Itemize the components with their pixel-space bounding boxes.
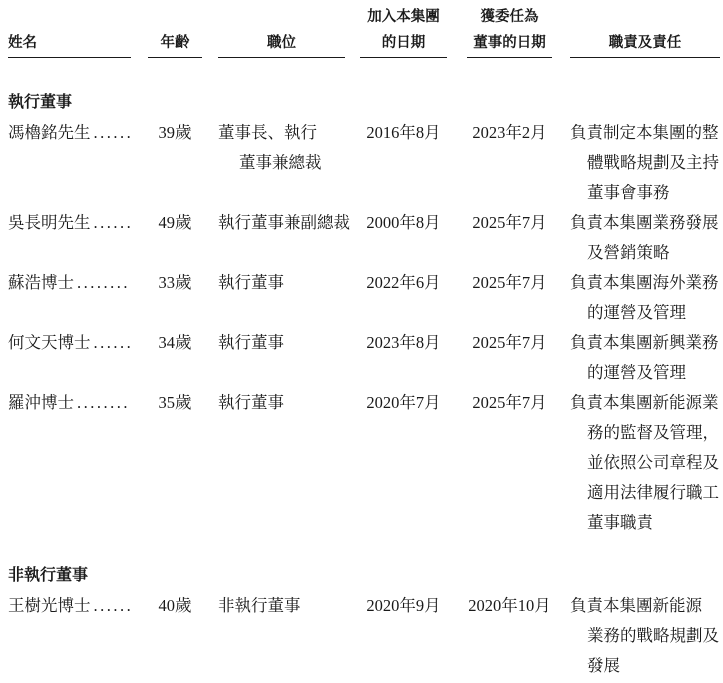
column-header-join-date-label: 加入本集團 的日期 [360, 4, 447, 58]
position-line: 董事兼總裁 [218, 148, 360, 178]
join-date-cell: 2020年9月 [360, 591, 447, 621]
duty-line: 並依照公司章程及 [570, 448, 719, 478]
table-row: 蘇浩博士........33歲執行董事2022年6月2025年7月負責本集團海外… [8, 268, 716, 328]
position-cell: 執行董事 [218, 328, 360, 358]
dot-leader: ...... [91, 213, 134, 232]
duty-line: 的運營及管理 [570, 358, 719, 388]
name-cell: 馮櫓銘先生...... [8, 118, 148, 148]
position-cell: 非執行董事 [218, 591, 360, 621]
appoint-date-header-line1: 獲委任為 [467, 4, 552, 30]
duty-line: 負責本集團業務發展 [570, 208, 719, 238]
dot-leader: ...... [91, 333, 134, 352]
join-date-header-line1: 加入本集團 [360, 4, 447, 30]
duties-cell: 負責本集團新能源業務的監督及管理，並依照公司章程及適用法律履行職工董事職責 [570, 388, 719, 538]
duty-line: 負責本集團新興業務 [570, 328, 719, 358]
column-header-name: 姓名 [8, 4, 148, 58]
duty-line: 董事職責 [570, 508, 719, 538]
duties-cell: 負責本集團業務發展及營銷策略 [570, 208, 719, 268]
column-header-duties-label: 職責及責任 [570, 30, 720, 58]
duties-cell: 負責本集團新興業務的運營及管理 [570, 328, 719, 388]
column-header-duties: 職責及責任 [570, 4, 720, 58]
table-body: 執行董事馮櫓銘先生......39歲董事長、執行董事兼總裁2016年8月2023… [8, 88, 716, 681]
position-line: 非執行董事 [218, 591, 360, 621]
position-line: 董事長、執行 [218, 118, 360, 148]
appoint-date-cell: 2023年2月 [467, 118, 552, 148]
name-cell: 蘇浩博士........ [8, 268, 148, 298]
duties-cell: 負責制定本集團的整體戰略規劃及主持董事會事務 [570, 118, 719, 208]
director-name: 羅沖博士 [8, 393, 74, 412]
duty-line: 適用法律履行職工 [570, 478, 719, 508]
dot-leader: ...... [91, 123, 134, 142]
column-header-name-label: 姓名 [8, 30, 131, 58]
appoint-date-cell: 2025年7月 [467, 388, 552, 418]
age-cell: 35歲 [148, 388, 202, 418]
column-header-position-label: 職位 [218, 30, 345, 58]
duty-line: 業務的戰略規劃及 [570, 621, 719, 651]
join-date-header-line2: 的日期 [360, 30, 447, 56]
name-cell: 王樹光博士...... [8, 591, 148, 621]
column-header-age-label: 年齡 [148, 30, 202, 58]
position-line: 執行董事 [218, 268, 360, 298]
position-cell: 執行董事 [218, 268, 360, 298]
director-name: 何文天博士 [8, 333, 91, 352]
section-title: 非執行董事 [8, 561, 716, 591]
dot-leader: ........ [74, 393, 130, 412]
position-cell: 執行董事 [218, 388, 360, 418]
age-cell: 49歲 [148, 208, 202, 238]
table-row: 羅沖博士........35歲執行董事2020年7月2025年7月負責本集團新能… [8, 388, 716, 538]
duty-line: 及營銷策略 [570, 238, 719, 268]
column-header-age: 年齡 [148, 4, 218, 58]
dot-leader: ........ [74, 273, 130, 292]
director-name: 蘇浩博士 [8, 273, 74, 292]
join-date-cell: 2000年8月 [360, 208, 447, 238]
table-row: 吳長明先生......49歲執行董事兼副總裁2000年8月2025年7月負責本集… [8, 208, 716, 268]
column-header-position: 職位 [218, 4, 360, 58]
join-date-cell: 2020年7月 [360, 388, 447, 418]
duty-line: 負責制定本集團的整 [570, 118, 719, 148]
position-line: 執行董事 [218, 388, 360, 418]
name-cell: 羅沖博士........ [8, 388, 148, 418]
age-cell: 34歲 [148, 328, 202, 358]
duty-line: 體戰略規劃及主持 [570, 148, 719, 178]
directors-table-page: 姓名 年齡 職位 加入本集團 的日期 獲委任為 董事的日期 職責及責任 執行董事… [0, 0, 723, 683]
column-header-appoint-date-label: 獲委任為 董事的日期 [467, 4, 552, 58]
appoint-date-cell: 2025年7月 [467, 328, 552, 358]
table-row: 何文天博士......34歲執行董事2023年8月2025年7月負責本集團新興業… [8, 328, 716, 388]
duty-line: 董事會事務 [570, 178, 719, 208]
duties-cell: 負責本集團新能源業務的戰略規劃及發展 [570, 591, 719, 681]
age-cell: 40歲 [148, 591, 202, 621]
join-date-cell: 2016年8月 [360, 118, 447, 148]
director-name: 吳長明先生 [8, 213, 91, 232]
appoint-date-header-line2: 董事的日期 [467, 30, 552, 56]
name-cell: 何文天博士...... [8, 328, 148, 358]
director-name: 馮櫓銘先生 [8, 123, 91, 142]
duty-line: 負責本集團新能源業 [570, 388, 719, 418]
dot-leader: ...... [91, 596, 134, 615]
name-cell: 吳長明先生...... [8, 208, 148, 238]
table-row: 馮櫓銘先生......39歲董事長、執行董事兼總裁2016年8月2023年2月負… [8, 118, 716, 208]
join-date-cell: 2022年6月 [360, 268, 447, 298]
appoint-date-cell: 2025年7月 [467, 208, 552, 238]
appoint-date-cell: 2025年7月 [467, 268, 552, 298]
duty-line: 的運營及管理 [570, 298, 719, 328]
position-cell: 董事長、執行董事兼總裁 [218, 118, 360, 178]
column-header-join-date: 加入本集團 的日期 [360, 4, 467, 58]
duty-line: 負責本集團海外業務 [570, 268, 719, 298]
column-header-appoint-date: 獲委任為 董事的日期 [467, 4, 570, 58]
position-cell: 執行董事兼副總裁 [218, 208, 360, 238]
duty-line: 發展 [570, 651, 719, 681]
duties-cell: 負責本集團海外業務的運營及管理 [570, 268, 719, 328]
duty-line: 務的監督及管理， [570, 418, 719, 448]
section-title: 執行董事 [8, 88, 716, 118]
table-row: 王樹光博士......40歲非執行董事2020年9月2020年10月負責本集團新… [8, 591, 716, 681]
director-name: 王樹光博士 [8, 596, 91, 615]
appoint-date-cell: 2020年10月 [467, 591, 552, 621]
age-cell: 33歲 [148, 268, 202, 298]
position-line: 執行董事 [218, 328, 360, 358]
table-header-row: 姓名 年齡 職位 加入本集團 的日期 獲委任為 董事的日期 職責及責任 [8, 4, 716, 58]
duty-line: 負責本集團新能源 [570, 591, 719, 621]
join-date-cell: 2023年8月 [360, 328, 447, 358]
age-cell: 39歲 [148, 118, 202, 148]
position-line: 執行董事兼副總裁 [218, 208, 360, 238]
